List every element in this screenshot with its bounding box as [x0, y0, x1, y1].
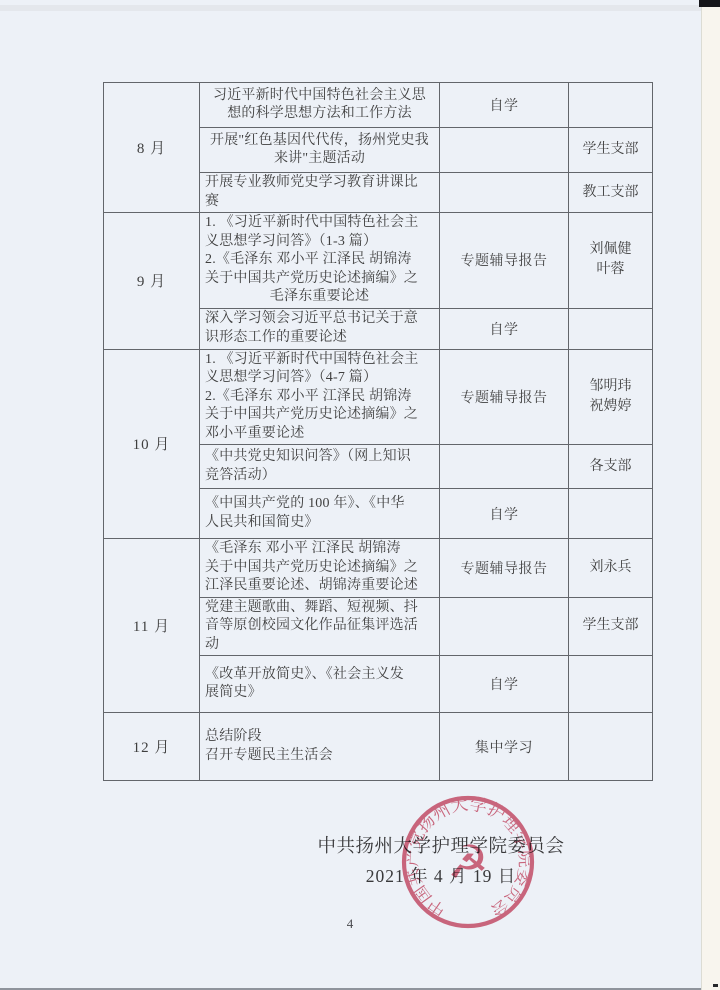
person-cell: 刘永兵: [569, 539, 653, 598]
page-number: 4: [340, 916, 360, 932]
content-cell: 1. 《习近平新时代中国特色社会主义思想学习问答》（4-7 篇）2.《毛泽东 邓…: [200, 349, 440, 445]
scan-top-band: [0, 5, 701, 11]
method-cell: 专题辅导报告: [440, 213, 569, 309]
content-cell: 开展专业教师党史学习教育讲课比赛: [200, 173, 440, 213]
month-cell: 10 月: [104, 349, 200, 539]
official-seal: 中国共产党扬州大学护理学院委员会 ☭: [391, 785, 545, 939]
method-cell: 自学: [440, 656, 569, 713]
person-cell: [569, 713, 653, 781]
study-schedule-table: 8 月 习近平新时代中国特色社会主义思想的科学思想方法和工作方法 自学 开展"红…: [103, 82, 653, 781]
person-cell: 各支部: [569, 445, 653, 489]
content-cell: 开展"红色基因代代传，扬州党史我来讲"主题活动: [200, 128, 440, 173]
method-cell: 自学: [440, 83, 569, 128]
content-cell: 《毛泽东 邓小平 江泽民 胡锦涛关于中国共产党历史论述摘编》之江泽民重要论述、胡…: [200, 539, 440, 598]
month-cell: 12 月: [104, 713, 200, 781]
table-row: 8 月 习近平新时代中国特色社会主义思想的科学思想方法和工作方法 自学: [104, 83, 653, 128]
method-cell: [440, 173, 569, 213]
method-cell: [440, 128, 569, 173]
person-cell: [569, 489, 653, 539]
table-row: 11 月 《毛泽东 邓小平 江泽民 胡锦涛关于中国共产党历史论述摘编》之江泽民重…: [104, 539, 653, 598]
scan-edge-strip: [701, 0, 720, 990]
content-cell: 《中国共产党的 100 年》、《中华人民共和国简史》: [200, 489, 440, 539]
person-cell: 刘佩健叶蓉: [569, 213, 653, 309]
content-cell: 《改革开放简史》、《社会主义发展简史》: [200, 656, 440, 713]
method-cell: 专题辅导报告: [440, 349, 569, 445]
method-cell: [440, 445, 569, 489]
table-row: 9 月 1. 《习近平新时代中国特色社会主义思想学习问答》（1-3 篇）2.《毛…: [104, 213, 653, 309]
person-cell: 学生支部: [569, 597, 653, 656]
month-cell: 9 月: [104, 213, 200, 350]
person-cell: 教工支部: [569, 173, 653, 213]
method-cell: 专题辅导报告: [440, 539, 569, 598]
scan-corner-mark: [699, 0, 720, 7]
scan-corner-mark-bottom: [713, 984, 718, 987]
content-cell: 1. 《习近平新时代中国特色社会主义思想学习问答》（1-3 篇）2.《毛泽东 邓…: [200, 213, 440, 309]
content-cell: 党建主题歌曲、舞蹈、短视频、抖音等原创校园文化作品征集评选活动: [200, 597, 440, 656]
content-cell: 总结阶段召开专题民主生活会: [200, 713, 440, 781]
person-cell: 学生支部: [569, 128, 653, 173]
hammer-sickle-icon: ☭: [447, 835, 488, 889]
table-row: 10 月 1. 《习近平新时代中国特色社会主义思想学习问答》（4-7 篇）2.《…: [104, 349, 653, 445]
month-cell: 8 月: [104, 83, 200, 213]
method-cell: [440, 597, 569, 656]
method-cell: 自学: [440, 308, 569, 349]
method-cell: 自学: [440, 489, 569, 539]
method-cell: 集中学习: [440, 713, 569, 781]
content-cell: 深入学习领会习近平总书记关于意识形态工作的重要论述: [200, 308, 440, 349]
person-cell: [569, 83, 653, 128]
person-cell: 邹明玮祝娉婷: [569, 349, 653, 445]
person-cell: [569, 308, 653, 349]
content-cell: 《中共党史知识问答》（网上知识竞答活动）: [200, 445, 440, 489]
table-row: 12 月 总结阶段召开专题民主生活会 集中学习: [104, 713, 653, 781]
content-cell: 习近平新时代中国特色社会主义思想的科学思想方法和工作方法: [200, 83, 440, 128]
person-cell: [569, 656, 653, 713]
month-cell: 11 月: [104, 539, 200, 713]
